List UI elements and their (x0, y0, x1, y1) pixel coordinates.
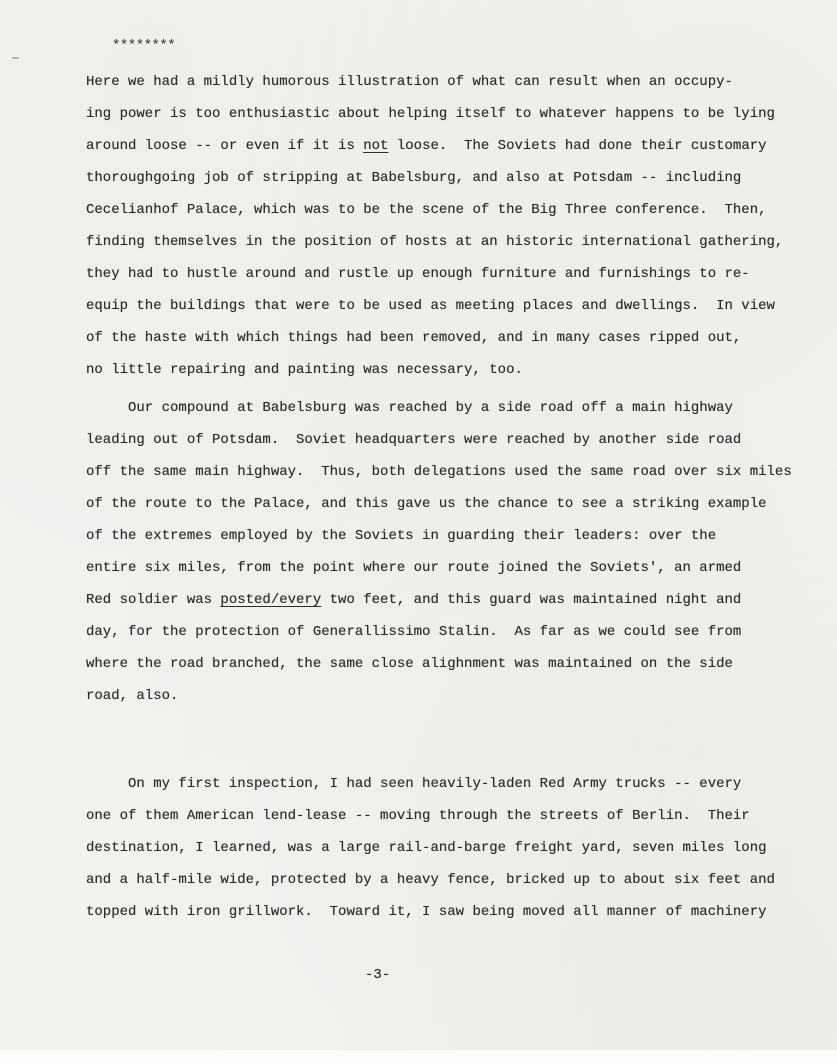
paragraph: Here we had a mildly humorous illustrati… (86, 66, 816, 386)
text-line: one of them American lend-lease -- movin… (86, 800, 816, 832)
text-line: no little repairing and painting was nec… (86, 354, 816, 386)
text-segment: topped with iron grillwork. Toward it, I… (86, 904, 767, 920)
text-segment: where the road branched, the same close … (86, 656, 733, 672)
text-segment: no little repairing and painting was nec… (86, 362, 523, 378)
text-segment: off the same main highway. Thus, both de… (86, 464, 792, 480)
text-line: road, also. (86, 680, 816, 712)
text-segment: destination, I learned, was a large rail… (86, 840, 767, 856)
text-line: of the extremes employed by the Soviets … (86, 520, 816, 552)
text-segment: around loose -- or even if it is (86, 138, 363, 154)
text-line: and a half-mile wide, protected by a hea… (86, 864, 816, 896)
text-segment: two feet, and this guard was maintained … (321, 592, 741, 608)
text-line: leading out of Potsdam. Soviet headquart… (86, 424, 816, 456)
text-segment: Cecelianhof Palace, which was to be the … (86, 202, 767, 218)
text-line: destination, I learned, was a large rail… (86, 832, 816, 864)
text-line: of the route to the Palace, and this gav… (86, 488, 816, 520)
text-segment: of the haste with which things had been … (86, 330, 741, 346)
text-segment: finding themselves in the position of ho… (86, 234, 783, 250)
document-body: Here we had a mildly humorous illustrati… (86, 66, 816, 928)
text-line: around loose -- or even if it is not loo… (86, 130, 816, 162)
text-segment: Our compound at Babelsburg was reached b… (86, 400, 733, 416)
text-line: finding themselves in the position of ho… (86, 226, 816, 258)
text-line: Here we had a mildly humorous illustrati… (86, 66, 816, 98)
text-segment: entire six miles, from the point where o… (86, 560, 741, 576)
text-line: topped with iron grillwork. Toward it, I… (86, 896, 816, 928)
underlined-text: not (363, 138, 388, 154)
text-line: thoroughgoing job of stripping at Babels… (86, 162, 816, 194)
section-divider-asterisks: ******** (112, 36, 175, 56)
paragraph: Our compound at Babelsburg was reached b… (86, 392, 816, 712)
text-segment: Red soldier was (86, 592, 220, 608)
text-segment: and a half-mile wide, protected by a hea… (86, 872, 775, 888)
text-line: off the same main highway. Thus, both de… (86, 456, 816, 488)
text-segment: ing power is too enthusiastic about help… (86, 106, 775, 122)
text-segment: they had to hustle around and rustle up … (86, 266, 750, 282)
text-segment: loose. The Soviets had done their custom… (388, 138, 766, 154)
text-segment: of the route to the Palace, and this gav… (86, 496, 767, 512)
text-line: ing power is too enthusiastic about help… (86, 98, 816, 130)
text-segment: of the extremes employed by the Soviets … (86, 528, 716, 544)
text-line: entire six miles, from the point where o… (86, 552, 816, 584)
text-segment: road, also. (86, 688, 178, 704)
text-line: On my first inspection, I had seen heavi… (86, 768, 816, 800)
scanned-page: ******** Here we had a mildly humorous i… (0, 0, 837, 1064)
text-segment: one of them American lend-lease -- movin… (86, 808, 750, 824)
text-line: day, for the protection of Generallissim… (86, 616, 816, 648)
page-number: -3- (365, 964, 390, 986)
paragraph: On my first inspection, I had seen heavi… (86, 768, 816, 928)
text-segment: day, for the protection of Generallissim… (86, 624, 741, 640)
text-segment: leading out of Potsdam. Soviet headquart… (86, 432, 741, 448)
text-line: Red soldier was posted/every two feet, a… (86, 584, 816, 616)
text-line: of the haste with which things had been … (86, 322, 816, 354)
text-line: Our compound at Babelsburg was reached b… (86, 392, 816, 424)
text-line: Cecelianhof Palace, which was to be the … (86, 194, 816, 226)
text-line: they had to hustle around and rustle up … (86, 258, 816, 290)
underlined-text: posted/every (220, 592, 321, 608)
text-line: equip the buildings that were to be used… (86, 290, 816, 322)
text-segment: Here we had a mildly humorous illustrati… (86, 74, 733, 90)
text-line: where the road branched, the same close … (86, 648, 816, 680)
scan-artifact-mark (12, 57, 19, 59)
text-segment: equip the buildings that were to be used… (86, 298, 775, 314)
text-segment: On my first inspection, I had seen heavi… (86, 776, 741, 792)
text-segment: thoroughgoing job of stripping at Babels… (86, 170, 741, 186)
